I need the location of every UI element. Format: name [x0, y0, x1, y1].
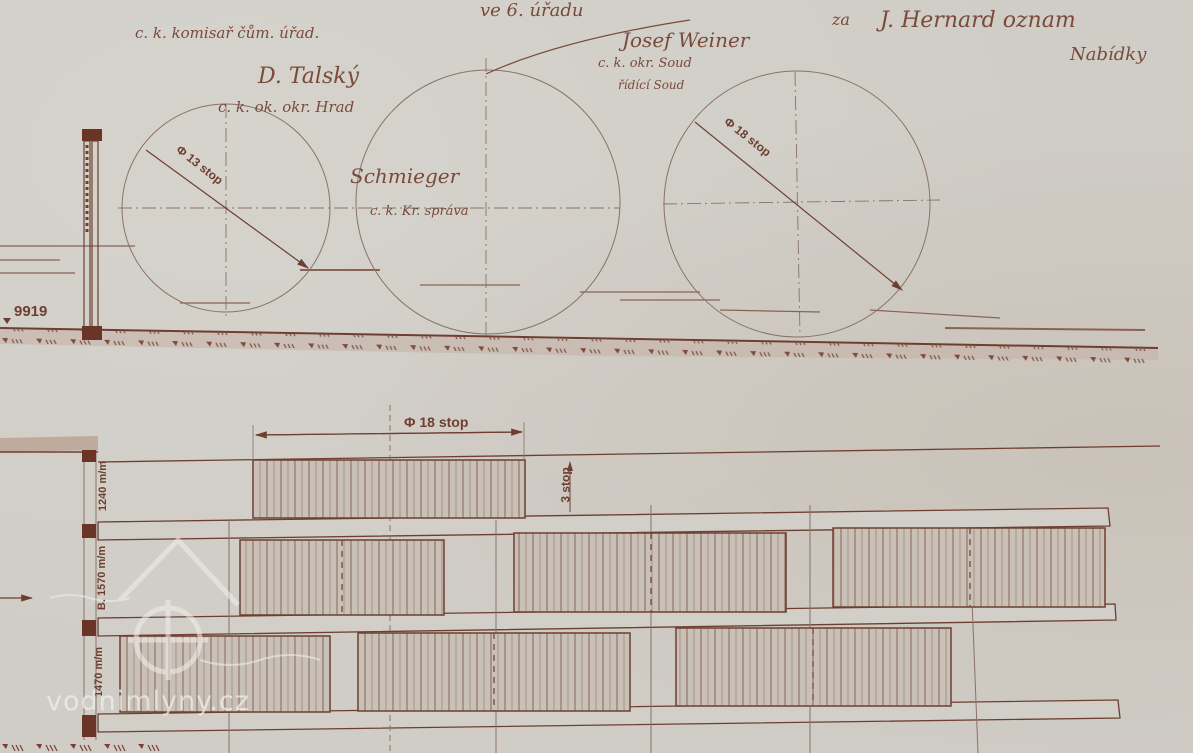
plan-wheel-row1 [253, 460, 525, 518]
elevation-wheel-2 [356, 58, 620, 336]
plan-wheel-width-label: 3 stop [559, 467, 573, 502]
signature-2-name: Schmieger [350, 164, 459, 188]
signature-4-prefix: za [832, 10, 850, 29]
watermark-text: vodnimlyny.cz [46, 686, 250, 717]
elevation-view [0, 20, 1158, 363]
plan-wheel-row2-c [833, 528, 1105, 607]
signature-4-line2: Nabídky [1070, 44, 1146, 65]
signature-3-title-1: c. k. okr. Soud [598, 56, 692, 71]
elevation-wheel-3 [663, 71, 940, 337]
sig-top-left-fragment: c. k. komisař čům. úřad. [135, 24, 319, 42]
water-level-mark: 9919 [14, 303, 47, 320]
technical-drawing [0, 0, 1193, 753]
signature-1-name: D. Talský [258, 64, 359, 89]
plan-wheel-diameter-label: Φ 18 stop [404, 414, 468, 430]
signature-1-title: c. k. ok. okr. Hrad [218, 98, 354, 116]
signature-4-name: J. Hernard oznam [880, 8, 1076, 33]
drawing-sheet: c. k. komisař čům. úřad. D. Talský c. k.… [0, 0, 1193, 753]
signature-3-name: Josef Weiner [622, 28, 749, 52]
channel-1-width-label: 1240 m/m [97, 461, 109, 511]
signature-3-title-2: řídící Soud [618, 78, 684, 92]
channel-2-width-label: B. 1570 m/m [96, 546, 108, 610]
plan-wheel-row2-b [514, 533, 786, 612]
signature-2-title: c. k. Kr. správa [370, 204, 469, 219]
sig-top-center-fragment: ve 6. úřadu [480, 0, 583, 21]
